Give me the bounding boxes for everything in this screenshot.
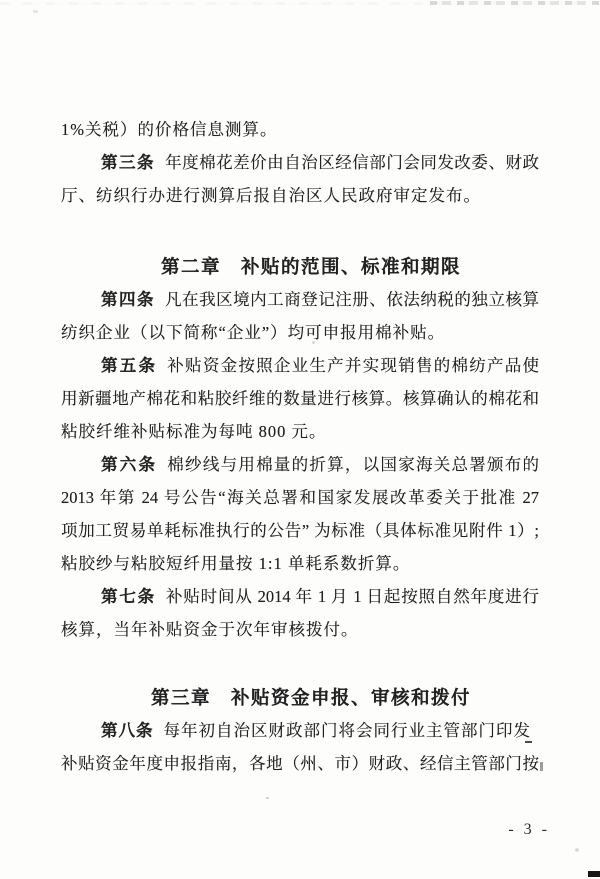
article-number: 第八条 <box>101 722 154 740</box>
line-text: 补贴资金年度申报指南，各地（州、市）财政、经信主管部门按 <box>61 754 539 773</box>
scan-noise-top-left <box>0 2 430 5</box>
text-line: 2013 年第 24 号公告“海关总署和国家发展改革委关于批准 27 <box>61 481 539 514</box>
article-number: 第七条 <box>101 588 156 606</box>
text-line: 项加工贸易单耗标准执行的公告” 为标准（具体标准见附件 1）; <box>61 514 539 547</box>
text-line: 第四条凡在我区境内工商登记注册、依法纳税的独立核算 <box>61 283 539 316</box>
text-line: 第七条补贴时间从 2014 年 1 月 1 日起按照自然年度进行 <box>61 580 539 613</box>
document-body: 1%关税）的价格信息测算。第三条年度棉花差价由自治区经信部门会同发改委、财政厅、… <box>61 113 539 780</box>
text-line: 厅、纺织行办进行测算后报自治区人民政府审定发布。 <box>61 179 539 212</box>
article-number: 第四条 <box>101 291 155 309</box>
line-text: 1%关税）的价格信息测算。 <box>61 120 278 139</box>
text-line: 核算，当年补贴资金于次年审核拨付。 <box>61 613 539 646</box>
line-text: 补贴时间从 2014 年 1 月 1 日起按照自然年度进行 <box>166 587 539 606</box>
article-number: 第三条 <box>101 154 155 172</box>
line-text: 项加工贸易单耗标准执行的公告” 为标准（具体标准见附件 1）; <box>61 521 539 540</box>
line-text: 粘胶纱与粘胶短纤用量按 1:1 单耗系数折算。 <box>61 554 410 573</box>
line-text: 凡在我区境内工商登记注册、依法纳税的独立核算 <box>165 290 539 309</box>
line-text: 每年初自治区财政部门将会同行业主管部门印发 <box>164 721 532 740</box>
text-line: 第三条年度棉花差价由自治区经信部门会同发改委、财政 <box>61 146 539 179</box>
line-text: 厅、纺织行办进行测算后报自治区人民政府审定发布。 <box>61 186 481 205</box>
scan-noise-top-right <box>430 1 600 5</box>
chapter-heading: 第三章 补贴资金申报、审核和拨付 <box>72 681 550 714</box>
line-text: 用新疆地产棉花和粘胶纤维的数量进行核算。核算确认的棉花和 <box>61 389 539 408</box>
text-line: 用新疆地产棉花和粘胶纤维的数量进行核算。核算确认的棉花和 <box>61 382 539 415</box>
line-text: 棉纱线与用棉量的折算，以国家海关总署颁布的 <box>167 455 539 474</box>
scanned-document-page: 1%关税）的价格信息测算。第三条年度棉花差价由自治区经信部门会同发改委、财政厅、… <box>0 0 600 879</box>
article-number: 第五条 <box>101 357 157 375</box>
text-line: 补贴资金年度申报指南，各地（州、市）财政、经信主管部门按 <box>61 747 539 780</box>
article-number: 第六条 <box>101 456 157 474</box>
page-number: - 3 - <box>508 820 550 840</box>
text-line: 第八条每年初自治区财政部门将会同行业主管部门印发 <box>61 714 539 747</box>
scan-speck <box>266 797 269 799</box>
text-line: 第五条补贴资金按照企业生产并实现销售的棉纺产品使 <box>61 349 539 382</box>
line-text: 纺织企业（以下简称“企业”）均可申报用棉补贴。 <box>61 323 445 342</box>
scan-speck <box>540 762 543 771</box>
scan-speck <box>575 848 579 852</box>
text-line: 第六条棉纱线与用棉量的折算，以国家海关总署颁布的 <box>61 448 539 481</box>
line-text: 粘胶纤维补贴标准为每吨 800 元。 <box>61 422 327 441</box>
scan-corner-mark <box>588 871 600 877</box>
line-text: 2013 年第 24 号公告“海关总署和国家发展改革委关于批准 27 <box>61 488 539 507</box>
text-line: 1%关税）的价格信息测算。 <box>61 113 539 146</box>
line-text: 核算，当年补贴资金于次年审核拨付。 <box>61 620 359 639</box>
line-text: 补贴资金按照企业生产并实现销售的棉纺产品使 <box>167 356 539 375</box>
text-line: 粘胶纤维补贴标准为每吨 800 元。 <box>61 415 539 448</box>
text-line: 粘胶纱与粘胶短纤用量按 1:1 单耗系数折算。 <box>61 547 539 580</box>
chapter-heading: 第二章 补贴的范围、标准和期限 <box>72 250 550 283</box>
scan-speck <box>33 10 38 13</box>
text-line: 纺织企业（以下简称“企业”）均可申报用棉补贴。 <box>61 316 539 349</box>
line-text: 年度棉花差价由自治区经信部门会同发改委、财政 <box>165 153 539 172</box>
